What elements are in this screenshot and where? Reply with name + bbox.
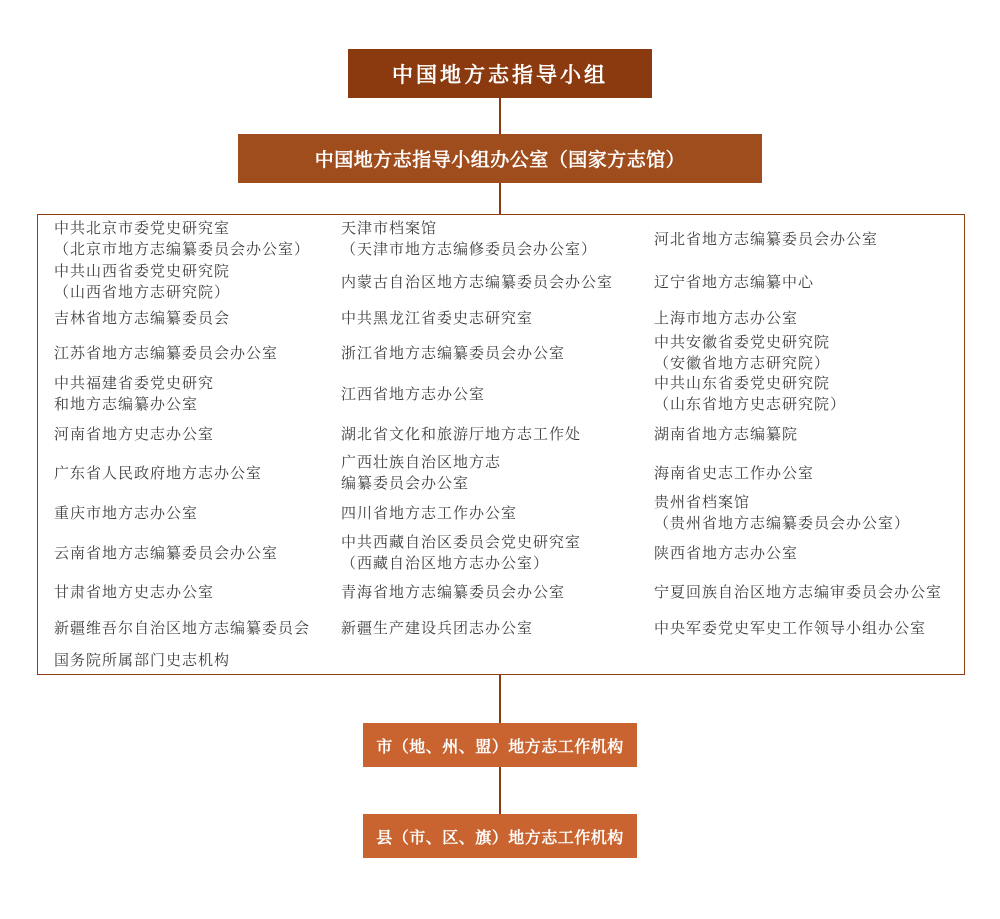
org-item: 江苏省地方志编纂委员会办公室 [54, 333, 341, 373]
org-item: 浙江省地方志编纂委员会办公室 [341, 333, 654, 373]
provincial-org-list: 中共北京市委党史研究室 （北京市地方志编纂委员会办公室） 天津市档案馆 （天津市… [37, 214, 965, 675]
org-item: 上海市地方志办公室 [654, 303, 956, 333]
root-box-label: 中国地方志指导小组 [392, 59, 608, 89]
org-item: 河北省地方志编纂委员会办公室 [654, 217, 956, 261]
org-item: 新疆维吾尔自治区地方志编纂委员会 [54, 611, 341, 645]
org-item: 中共山西省委党史研究院 （山西省地方志研究院） [54, 261, 341, 303]
connector-provinces-to-city [499, 675, 501, 723]
org-item: 中共安徽省委党史研究院 （安徽省地方志研究院） [654, 333, 956, 373]
org-item: 青海省地方志编纂委员会办公室 [341, 573, 654, 611]
org-item [341, 645, 654, 675]
office-box-label: 中国地方志指导小组办公室（国家方志馆） [315, 145, 686, 172]
root-box: 中国地方志指导小组 [348, 49, 652, 98]
org-item: 湖南省地方志编纂院 [654, 415, 956, 453]
connector-city-to-county [499, 767, 501, 814]
office-box: 中国地方志指导小组办公室（国家方志馆） [238, 134, 762, 183]
org-item [654, 645, 956, 675]
org-item: 江西省地方志办公室 [341, 373, 654, 415]
org-item: 国务院所属部门史志机构 [54, 645, 341, 675]
org-item: 中共山东省委党史研究院 （山东省地方史志研究院） [654, 373, 956, 415]
city-level-box: 市（地、州、盟）地方志工作机构 [363, 723, 637, 767]
org-item: 中共北京市委党史研究室 （北京市地方志编纂委员会办公室） [54, 217, 341, 261]
org-item: 吉林省地方志编纂委员会 [54, 303, 341, 333]
org-item: 新疆生产建设兵团志办公室 [341, 611, 654, 645]
org-item: 广东省人民政府地方志办公室 [54, 453, 341, 493]
org-item: 湖北省文化和旅游厅地方志工作处 [341, 415, 654, 453]
org-item: 陕西省地方志办公室 [654, 533, 956, 573]
county-level-box: 县（市、区、旗）地方志工作机构 [363, 814, 637, 858]
org-item: 辽宁省地方志编纂中心 [654, 261, 956, 303]
city-level-box-label: 市（地、州、盟）地方志工作机构 [376, 734, 624, 757]
org-item: 中共西藏自治区委员会党史研究室 （西藏自治区地方志办公室） [341, 533, 654, 573]
connector-root-to-office [499, 98, 501, 134]
org-item: 内蒙古自治区地方志编纂委员会办公室 [341, 261, 654, 303]
county-level-box-label: 县（市、区、旗）地方志工作机构 [376, 825, 624, 848]
org-item: 广西壮族自治区地方志 编纂委员会办公室 [341, 453, 654, 493]
org-item: 海南省史志工作办公室 [654, 453, 956, 493]
org-item: 宁夏回族自治区地方志编审委员会办公室 [654, 573, 956, 611]
org-item: 重庆市地方志办公室 [54, 493, 341, 533]
connector-office-to-provinces [499, 183, 501, 214]
org-item: 贵州省档案馆 （贵州省地方志编纂委员会办公室） [654, 493, 956, 533]
org-item: 云南省地方志编纂委员会办公室 [54, 533, 341, 573]
org-item: 甘肃省地方史志办公室 [54, 573, 341, 611]
org-chart: 中国地方志指导小组 中国地方志指导小组办公室（国家方志馆） 中共北京市委党史研究… [0, 0, 1000, 919]
org-item: 中央军委党史军史工作领导小组办公室 [654, 611, 956, 645]
org-item: 中共黑龙江省委史志研究室 [341, 303, 654, 333]
org-item: 河南省地方史志办公室 [54, 415, 341, 453]
org-item: 天津市档案馆 （天津市地方志编修委员会办公室） [341, 217, 654, 261]
org-item: 四川省地方志工作办公室 [341, 493, 654, 533]
org-item: 中共福建省委党史研究 和地方志编纂办公室 [54, 373, 341, 415]
